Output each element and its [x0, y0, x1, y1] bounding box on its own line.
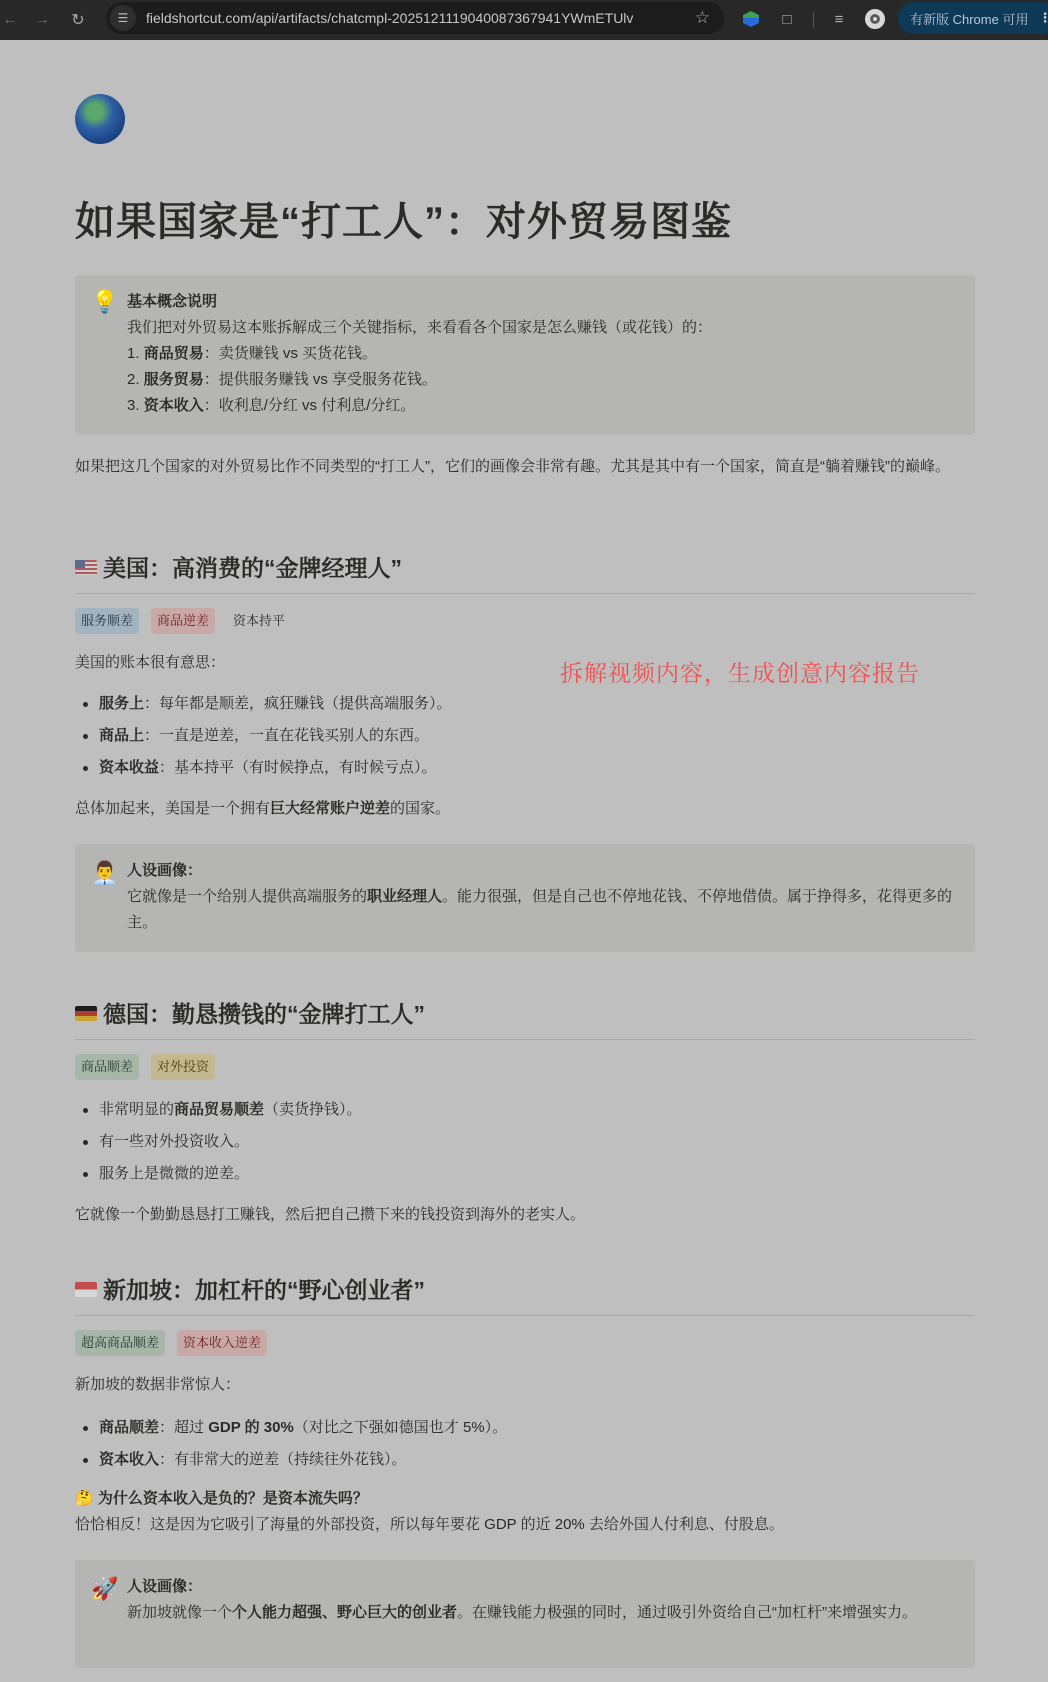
sg-tags: 超高商品顺差 资本收入逆差 — [75, 1330, 267, 1356]
us-summary: 总体加起来，美国是一个拥有巨大经常账户逆差的国家。 — [75, 796, 975, 822]
tag-capital-income-deficit: 资本收入逆差 — [177, 1330, 267, 1356]
tag-goods-surplus: 商品顺差 — [75, 1054, 139, 1080]
browser-toolbar: ← → ↻ ☰ fieldshortcut.com/api/artifacts/… — [0, 0, 1048, 40]
sg-question: 🤔 为什么资本收入是负的？是资本流失吗？ — [75, 1486, 368, 1512]
kebab-menu-icon[interactable]: ⋮ — [1038, 10, 1048, 26]
tag-services-surplus: 服务顺差 — [75, 608, 139, 634]
update-button-label: 有新版 Chrome 可用 — [910, 9, 1028, 28]
chrome-update-button[interactable]: 有新版 Chrome 可用 ⋮ — [898, 2, 1048, 34]
callout-item: 3. 资本收入：收利息/分红 vs 付利息/分红。 — [127, 393, 959, 419]
rocket-icon: 🚀 — [91, 1576, 118, 1602]
list-item: 商品顺差：超过 GDP 的 30%（对比之下强如德国也才 5%）。 — [75, 1412, 975, 1444]
forward-icon[interactable]: → — [28, 6, 56, 34]
tag-goods-deficit: 商品逆差 — [151, 608, 215, 634]
us-tags: 服务顺差 商品逆差 资本持平 — [75, 608, 291, 634]
list-item: 商品上：一直是逆差，一直在花钱买别人的东西。 — [75, 720, 975, 752]
sg-answer: 恰恰相反！这是因为它吸引了海量的外部投资，所以每年要花 GDP 的近 20% 去… — [75, 1512, 975, 1538]
list-item: 服务上：每年都是顺差，疯狂赚钱（提供高端服务）。 — [75, 688, 975, 720]
site-settings-icon[interactable]: ☰ — [110, 5, 136, 31]
globe-emoji-icon — [75, 94, 125, 144]
tag-foreign-investment: 对外投资 — [151, 1054, 215, 1080]
persona-heading: 人设画像： — [127, 1578, 202, 1595]
us-bullets: 服务上：每年都是顺差，疯狂赚钱（提供高端服务）。 商品上：一直是逆差，一直在花钱… — [75, 688, 975, 784]
address-bar[interactable]: ☰ fieldshortcut.com/api/artifacts/chatcm… — [106, 2, 724, 34]
callout-text: 我们把对外贸易这本账拆解成三个关键指标，来看看各个国家是怎么赚钱（或花钱）的： — [127, 315, 959, 341]
sg-bullets: 商品顺差：超过 GDP 的 30%（对比之下强如德国也才 5%）。 资本收入：有… — [75, 1412, 975, 1476]
list-item: 资本收益：基本持平（有时候挣点，有时候亏点）。 — [75, 752, 975, 784]
de-summary: 它就像一个勤勤恳恳打工赚钱，然后把自己攒下来的钱投资到海外的老实人。 — [75, 1202, 975, 1228]
lightbulb-icon: 💡 — [91, 289, 118, 315]
callout-item: 2. 服务贸易：提供服务赚钱 vs 享受服务花钱。 — [127, 367, 959, 393]
extension-hex-icon[interactable] — [740, 8, 762, 30]
de-bullets: 非常明显的商品贸易顺差（卖货挣钱）。 有一些对外投资收入。 服务上是微微的逆差。 — [75, 1094, 975, 1190]
us-persona-callout: 👨‍💼 人设画像： 它就像是一个给别人提供高端服务的职业经理人。能力很强，但是自… — [75, 844, 975, 952]
persona-text: 它就像是一个给别人提供高端服务的职业经理人。能力很强，但是自己也不停地花钱、不停… — [127, 884, 959, 936]
overlay-caption: 拆解视频内容，生成创意内容报告 — [560, 655, 920, 688]
germany-flag-icon — [75, 1006, 97, 1021]
section-heading-us: 美国：高消费的“金牌经理人” — [75, 550, 975, 594]
section-heading-sg: 新加坡：加杠杆的“野心创业者” — [75, 1272, 975, 1316]
tag-high-goods-surplus: 超高商品顺差 — [75, 1330, 165, 1356]
de-tags: 商品顺差 对外投资 — [75, 1054, 215, 1080]
media-control-icon[interactable]: ≡ — [828, 8, 850, 30]
sg-persona-callout: 🚀 人设画像： 新加坡就像一个个人能力超强、野心巨大的创业者。在赚钱能力极强的同… — [75, 1560, 975, 1668]
list-item: 资本收入：有非常大的逆差（持续往外花钱）。 — [75, 1444, 975, 1476]
businessman-icon: 👨‍💼 — [91, 860, 118, 886]
back-icon[interactable]: ← — [0, 6, 24, 34]
reload-icon[interactable]: ↻ — [64, 6, 92, 34]
concept-callout: 💡 基本概念说明 我们把对外贸易这本账拆解成三个关键指标，来看看各个国家是怎么赚… — [75, 275, 975, 435]
page-title: 如果国家是“打工人”：对外贸易图鉴 — [75, 190, 732, 247]
thinking-face-icon: 🤔 — [75, 1490, 94, 1507]
list-item: 服务上是微微的逆差。 — [75, 1158, 975, 1190]
persona-heading: 人设画像： — [127, 862, 202, 879]
singapore-flag-icon — [75, 1282, 97, 1297]
profile-avatar-icon[interactable] — [864, 8, 886, 30]
sg-lead: 新加坡的数据非常惊人： — [75, 1372, 975, 1398]
intro-paragraph: 如果把这几个国家的对外贸易比作不同类型的“打工人”，它们的画像会非常有趣。尤其是… — [75, 454, 975, 480]
list-item: 有一些对外投资收入。 — [75, 1126, 975, 1158]
bookmark-star-icon[interactable]: ☆ — [695, 8, 710, 28]
tag-capital-flat: 资本持平 — [227, 608, 291, 634]
url-text[interactable]: fieldshortcut.com/api/artifacts/chatcmpl… — [146, 10, 695, 26]
callout-heading: 基本概念说明 — [127, 293, 217, 310]
toolbar-divider — [813, 12, 814, 28]
persona-text: 新加坡就像一个个人能力超强、野心巨大的创业者。在赚钱能力极强的同时，通过吸引外资… — [127, 1600, 959, 1626]
section-heading-de: 德国：勤恳攒钱的“金牌打工人” — [75, 996, 975, 1040]
us-flag-icon — [75, 560, 97, 575]
callout-item: 1. 商品贸易：卖货赚钱 vs 买货花钱。 — [127, 341, 959, 367]
extensions-puzzle-icon[interactable]: □ — [776, 8, 798, 30]
list-item: 非常明显的商品贸易顺差（卖货挣钱）。 — [75, 1094, 975, 1126]
